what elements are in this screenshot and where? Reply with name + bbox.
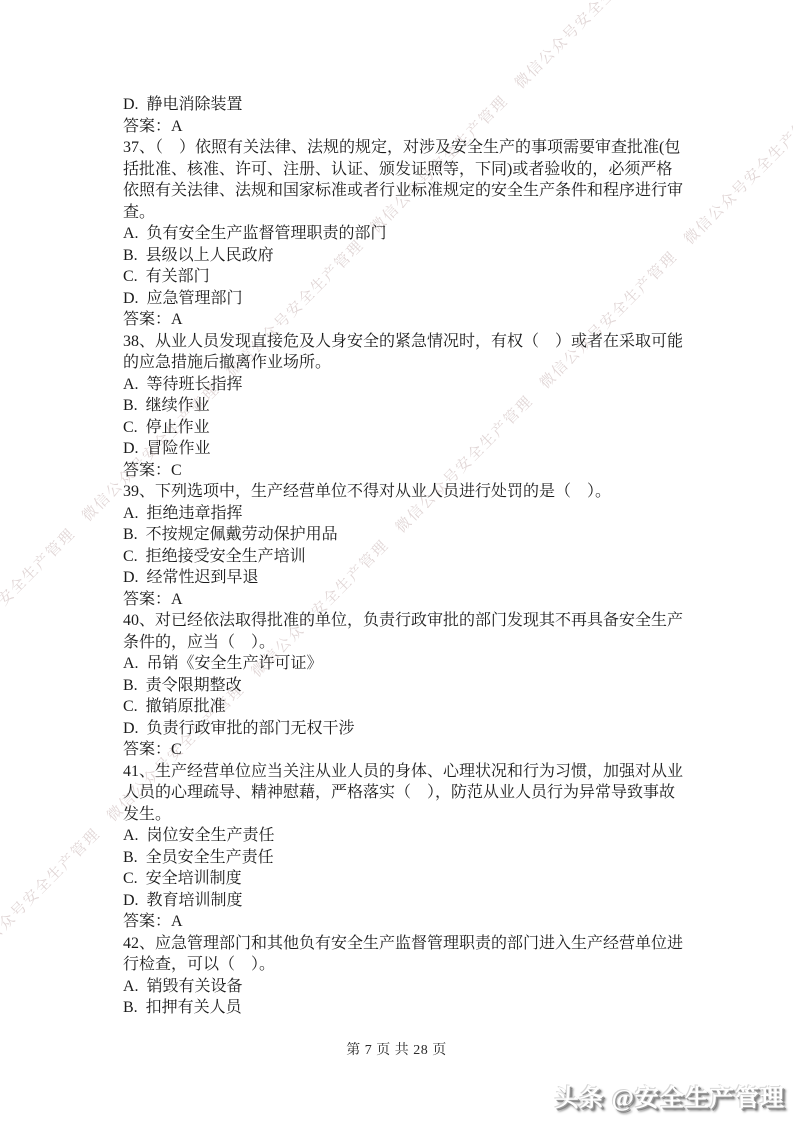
option: C. 撤销原批准 [123, 696, 685, 718]
option: C. 安全培训制度 [123, 868, 685, 890]
option: C. 有关部门 [123, 266, 685, 288]
question-text: 41、生产经营单位应当关注从业人员的身体、心理状况和行为习惯，加强对从业人员的心… [123, 761, 685, 826]
answer: 答案：C [123, 460, 685, 482]
option: A. 吊销《安全生产许可证》 [123, 653, 685, 675]
option: D. 教育培训制度 [123, 890, 685, 912]
option: D. 负责行政审批的部门无权干涉 [123, 718, 685, 740]
option: D. 静电消除装置 [123, 94, 685, 116]
option: A. 等待班长指挥 [123, 374, 685, 396]
document-page: 微信公众号安全生产管理 微信公众号安全生产管理 微信公众号安全生产管理 微信公众… [0, 0, 793, 1122]
option: D. 应急管理部门 [123, 288, 685, 310]
question-text: 38、从业人员发现直接危及人身安全的紧急情况时，有权（ ）或者在采取可能的应急措… [123, 331, 685, 374]
option: B. 继续作业 [123, 395, 685, 417]
option: D. 经常性迟到早退 [123, 567, 685, 589]
option: B. 责令限期整改 [123, 675, 685, 697]
answer: 答案：A [123, 309, 685, 331]
question-text: 42、应急管理部门和其他负有安全生产监督管理职责的部门进入生产经营单位进行检查，… [123, 933, 685, 976]
option: D. 冒险作业 [123, 438, 685, 460]
option: B. 县级以上人民政府 [123, 245, 685, 267]
question-text: 39、下列选项中，生产经营单位不得对从业人员进行处罚的是（ ）。 [123, 481, 685, 503]
question-text: 40、对已经依法取得批准的单位，负责行政审批的部门发现其不再具备安全生产条件的，… [123, 610, 685, 653]
option: B. 不按规定佩戴劳动保护用品 [123, 524, 685, 546]
option: B. 扣押有关人员 [123, 997, 685, 1019]
option: C. 拒绝接受安全生产培训 [123, 546, 685, 568]
answer: 答案：A [123, 116, 685, 138]
option: A. 销毁有关设备 [123, 976, 685, 998]
answer: 答案：A [123, 911, 685, 933]
page-number: 第 7 页 共 28 页 [0, 1039, 793, 1059]
brand-watermark: 头条 @安全生产管理 [555, 1078, 785, 1113]
option: C. 停止作业 [123, 417, 685, 439]
option: B. 全员安全生产责任 [123, 847, 685, 869]
option: A. 负有安全生产监督管理职责的部门 [123, 223, 685, 245]
answer: 答案：C [123, 739, 685, 761]
option: A. 拒绝违章指挥 [123, 503, 685, 525]
answer: 答案：A [123, 589, 685, 611]
option: A. 岗位安全生产责任 [123, 825, 685, 847]
question-list: D. 静电消除装置答案：A37、（ ）依照有关法律、法规的规定，对涉及安全生产的… [123, 94, 685, 1019]
question-text: 37、（ ）依照有关法律、法规的规定，对涉及安全生产的事项需要审查批准(包括批准… [123, 137, 685, 223]
